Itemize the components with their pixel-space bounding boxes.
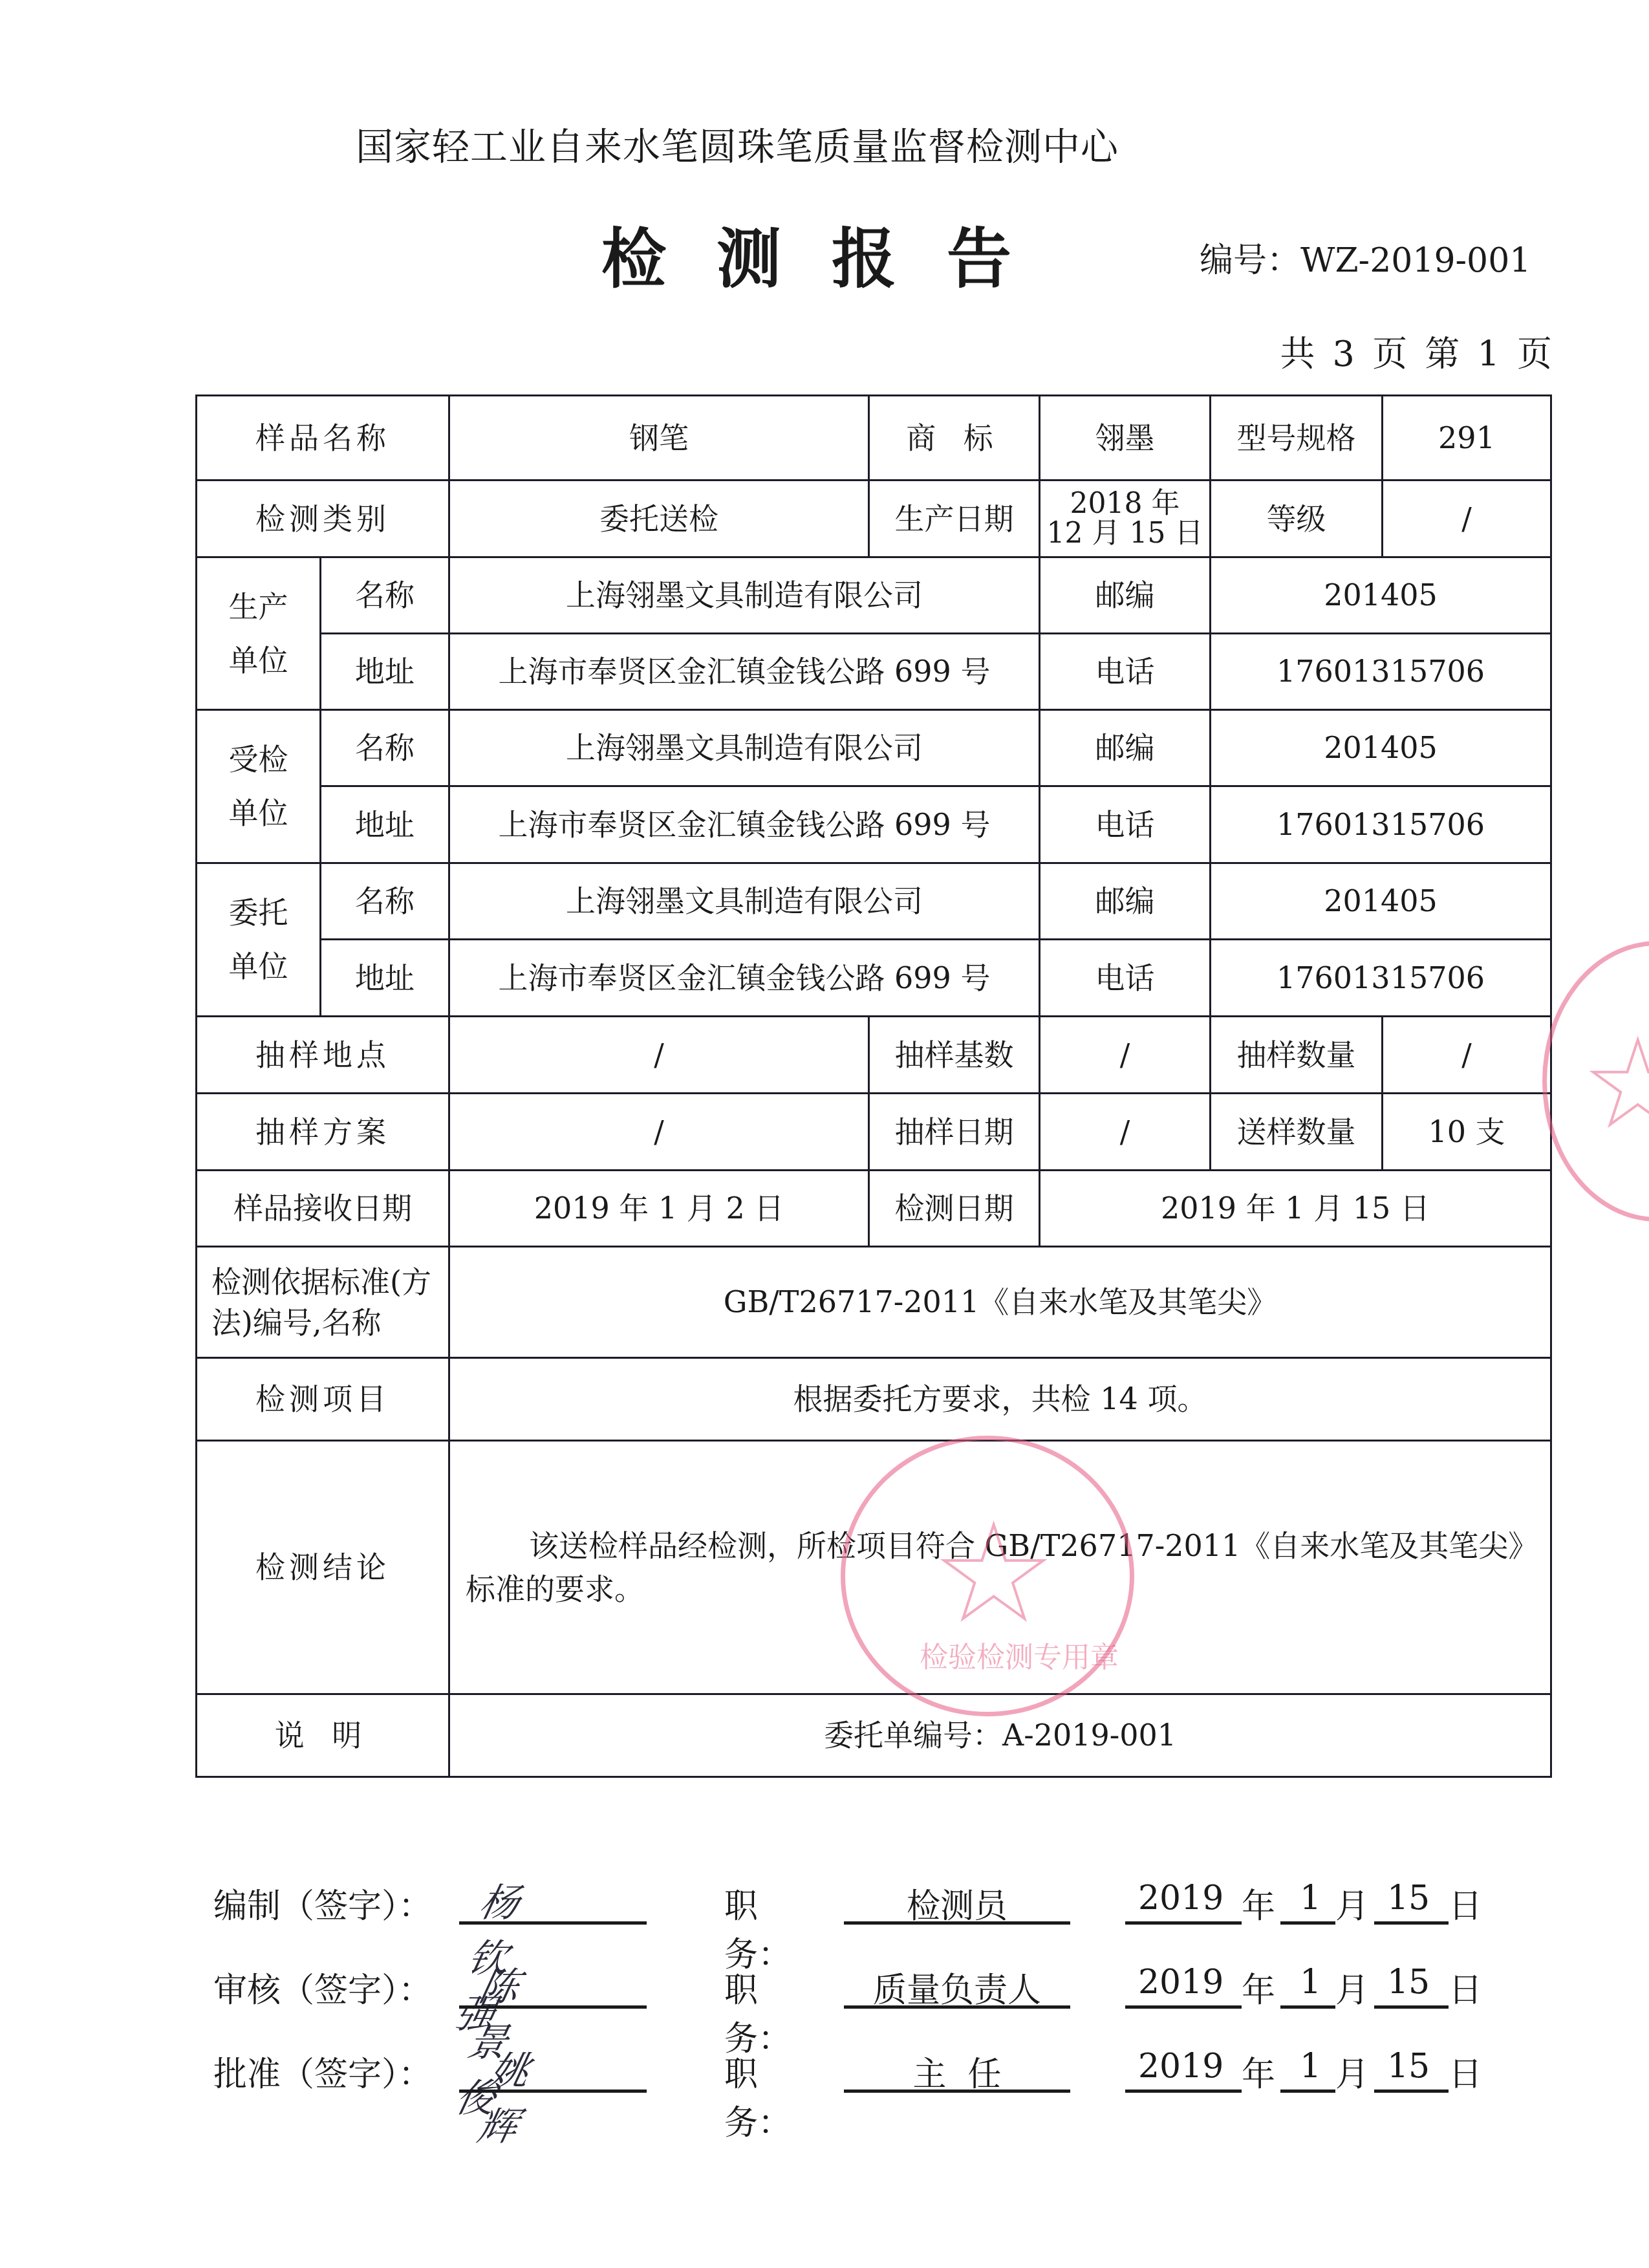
client-unit-label: 委托 单位 [195,862,321,1017]
sampling-location-value: / [448,1015,870,1094]
postcode-label: 邮编 [1039,556,1211,634]
unit-name-value: 上海翎墨文具制造有限公司 [448,862,1040,940]
day-unit: 日 [1449,1963,1482,2011]
day-line [1374,2090,1449,2093]
unit-name-label: 名称 [319,556,450,634]
day-unit: 日 [1449,2047,1482,2095]
page-info: 共 3 页 第 1 页 [1280,327,1552,376]
month-line [1280,2005,1335,2009]
month: 1 [1300,2047,1321,2086]
duty-label: 职务： [724,1963,792,2060]
grade-value: / [1381,479,1552,558]
group-label-line1: 受检 [229,733,288,786]
year-line [1125,2090,1242,2093]
year-line [1125,1921,1242,1925]
unit-address-value: 上海市奉贤区金汇镇金钱公路 699 号 [448,938,1040,1017]
sampling-location-label: 抽样地点 [195,1015,450,1094]
year-line [1125,2005,1242,2009]
postcode-label: 邮编 [1039,862,1211,940]
trademark-value: 翎墨 [1039,394,1211,481]
day: 15 [1387,1879,1430,1917]
sent-qty-label: 送样数量 [1209,1092,1383,1171]
report-number-value: WZ-2019-001 [1300,241,1531,280]
unit-name-label: 名称 [319,862,450,940]
unit-address-label: 地址 [319,938,450,1017]
day-line [1374,2005,1449,2009]
unit-name-value: 上海翎墨文具制造有限公司 [448,556,1040,634]
test-date-value: 2019 年 1 月 15 日 [1039,1169,1552,1247]
phone-label: 电话 [1039,938,1211,1017]
month: 1 [1300,1963,1321,2002]
production-unit-label: 生产 单位 [195,556,321,711]
test-items-value: 根据委托方要求，共检 14 项。 [448,1357,1552,1442]
year-unit: 年 [1242,2047,1275,2095]
receive-date-value: 2019 年 1 月 2 日 [448,1169,870,1247]
sent-qty-value: 10 支 [1381,1092,1552,1171]
postcode-label: 邮编 [1039,709,1211,787]
report-title: 检测报告 [601,207,1062,300]
sampling-qty-value: / [1381,1015,1552,1094]
sampling-plan-value: / [448,1092,870,1171]
day: 15 [1387,2047,1430,2086]
phone-label: 电话 [1039,785,1211,864]
receive-date-label: 样品接收日期 [195,1169,450,1247]
unit-address-label: 地址 [319,785,450,864]
postcode-value: 201405 [1209,709,1552,787]
year-unit: 年 [1242,1963,1275,2011]
standard-value: GB/T26717-2011《自来水笔及其笔尖》 [448,1246,1552,1359]
edge-seal-star-icon: ★ [1586,1017,1649,1152]
phone-value: 17601315706 [1209,938,1552,1017]
remarks-label: 说 明 [195,1693,450,1778]
group-label-line1: 生产 [229,580,288,634]
test-date-label: 检测日期 [868,1169,1040,1247]
production-date-monthday: 12 月 15 日 [1047,519,1203,548]
unit-name-value: 上海翎墨文具制造有限公司 [448,709,1040,787]
test-items-label: 检测项目 [195,1357,450,1442]
year-unit: 年 [1242,1879,1275,1927]
duty-label: 职务： [724,1879,792,1976]
phone-value: 17601315706 [1209,632,1552,711]
sampling-base-label: 抽样基数 [868,1015,1040,1094]
group-label-line1: 委托 [229,886,288,940]
group-label-line2: 单位 [229,786,288,840]
sample-name-value: 钢笔 [448,394,870,481]
seal-star-icon: ★ [936,1498,1051,1649]
sample-name-label: 样品名称 [195,394,450,481]
unit-address-value: 上海市奉贤区金汇镇金钱公路 699 号 [448,632,1040,711]
test-type-value: 委托送检 [448,479,870,558]
postcode-value: 201405 [1209,862,1552,940]
production-date-value: 2018 年 12 月 15 日 [1039,479,1211,558]
model-label: 型号规格 [1209,394,1383,481]
day-line [1374,1921,1449,1925]
model-value: 291 [1381,394,1552,481]
production-date-label: 生产日期 [868,479,1040,558]
report-number: 编号：WZ-2019-001 [1200,233,1531,281]
phone-value: 17601315706 [1209,785,1552,864]
month-unit: 月 [1335,1963,1369,2011]
duty-value: 主 任 [844,2047,1070,2095]
sampling-plan-label: 抽样方案 [195,1092,450,1171]
group-label-line2: 单位 [229,634,288,687]
month-unit: 月 [1335,1879,1369,1927]
phone-label: 电话 [1039,632,1211,711]
sampling-date-value: / [1039,1092,1211,1171]
role-label: 编制（签字）： [213,1879,432,1927]
inspected-unit-label: 受检 单位 [195,709,321,864]
standard-label: 检测依据标准(方法)编号,名称 [195,1246,450,1359]
role-label: 批准（签字）： [213,2047,432,2095]
unit-name-label: 名称 [319,709,450,787]
year: 2019 [1138,1879,1223,1917]
year: 2019 [1138,1963,1223,2002]
unit-address-label: 地址 [319,632,450,711]
organization-name: 国家轻工业自来水笔圆珠笔质量监督检测中心 [0,116,1474,171]
duty-value: 检测员 [844,1879,1070,1927]
seal-bottom-text: 检验检测专用章 [920,1634,1119,1676]
postcode-value: 201405 [1209,556,1552,634]
year: 2019 [1138,2047,1223,2086]
sampling-base-value: / [1039,1015,1211,1094]
production-date-year: 2018 年 [1070,489,1180,519]
unit-address-value: 上海市奉贤区金汇镇金钱公路 699 号 [448,785,1040,864]
sampling-qty-label: 抽样数量 [1209,1015,1383,1094]
day: 15 [1387,1963,1430,2002]
grade-label: 等级 [1209,479,1383,558]
report-number-label: 编号： [1200,241,1300,280]
conclusion-label: 检测结论 [195,1440,450,1695]
group-label-line2: 单位 [229,940,288,993]
role-label: 审核（签字）： [213,1963,432,2011]
month-unit: 月 [1335,2047,1369,2095]
day-unit: 日 [1449,1879,1482,1927]
month-line [1280,2090,1335,2093]
duty-label: 职务： [724,2047,792,2144]
trademark-label: 商 标 [868,394,1040,481]
month-line [1280,1921,1335,1925]
test-type-label: 检测类别 [195,479,450,558]
month: 1 [1300,1879,1321,1917]
sampling-date-label: 抽样日期 [868,1092,1040,1171]
edge-seal: ★ [1542,941,1649,1222]
duty-value: 质量负责人 [844,1963,1070,2011]
official-seal: ★ 检验检测专用章 [841,1436,1134,1716]
